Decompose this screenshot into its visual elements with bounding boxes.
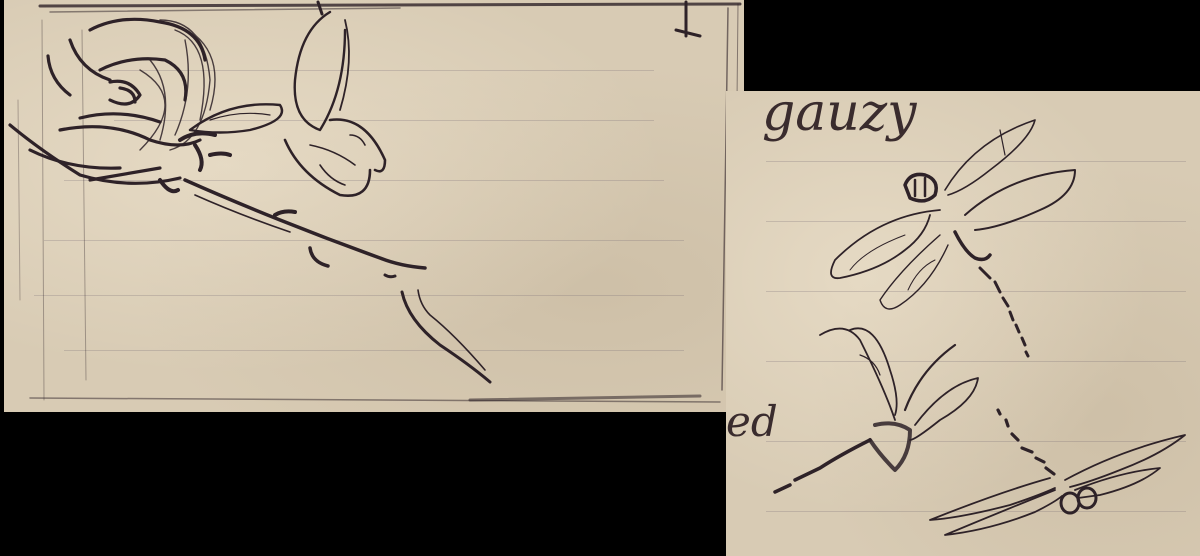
rose-bloom xyxy=(10,19,205,183)
dragonfly-middle xyxy=(775,328,978,492)
rose-drawing xyxy=(4,0,744,412)
dragonfly-sketch-panel: gauzy ed xyxy=(726,91,1200,556)
dragonfly-bottom xyxy=(930,410,1185,535)
dragonfly-top xyxy=(831,120,1075,356)
dragonfly-drawing xyxy=(726,91,1200,556)
rose-stem xyxy=(185,180,490,382)
rose-leaf-lower xyxy=(285,120,385,196)
rose-sketch-panel xyxy=(4,0,744,412)
